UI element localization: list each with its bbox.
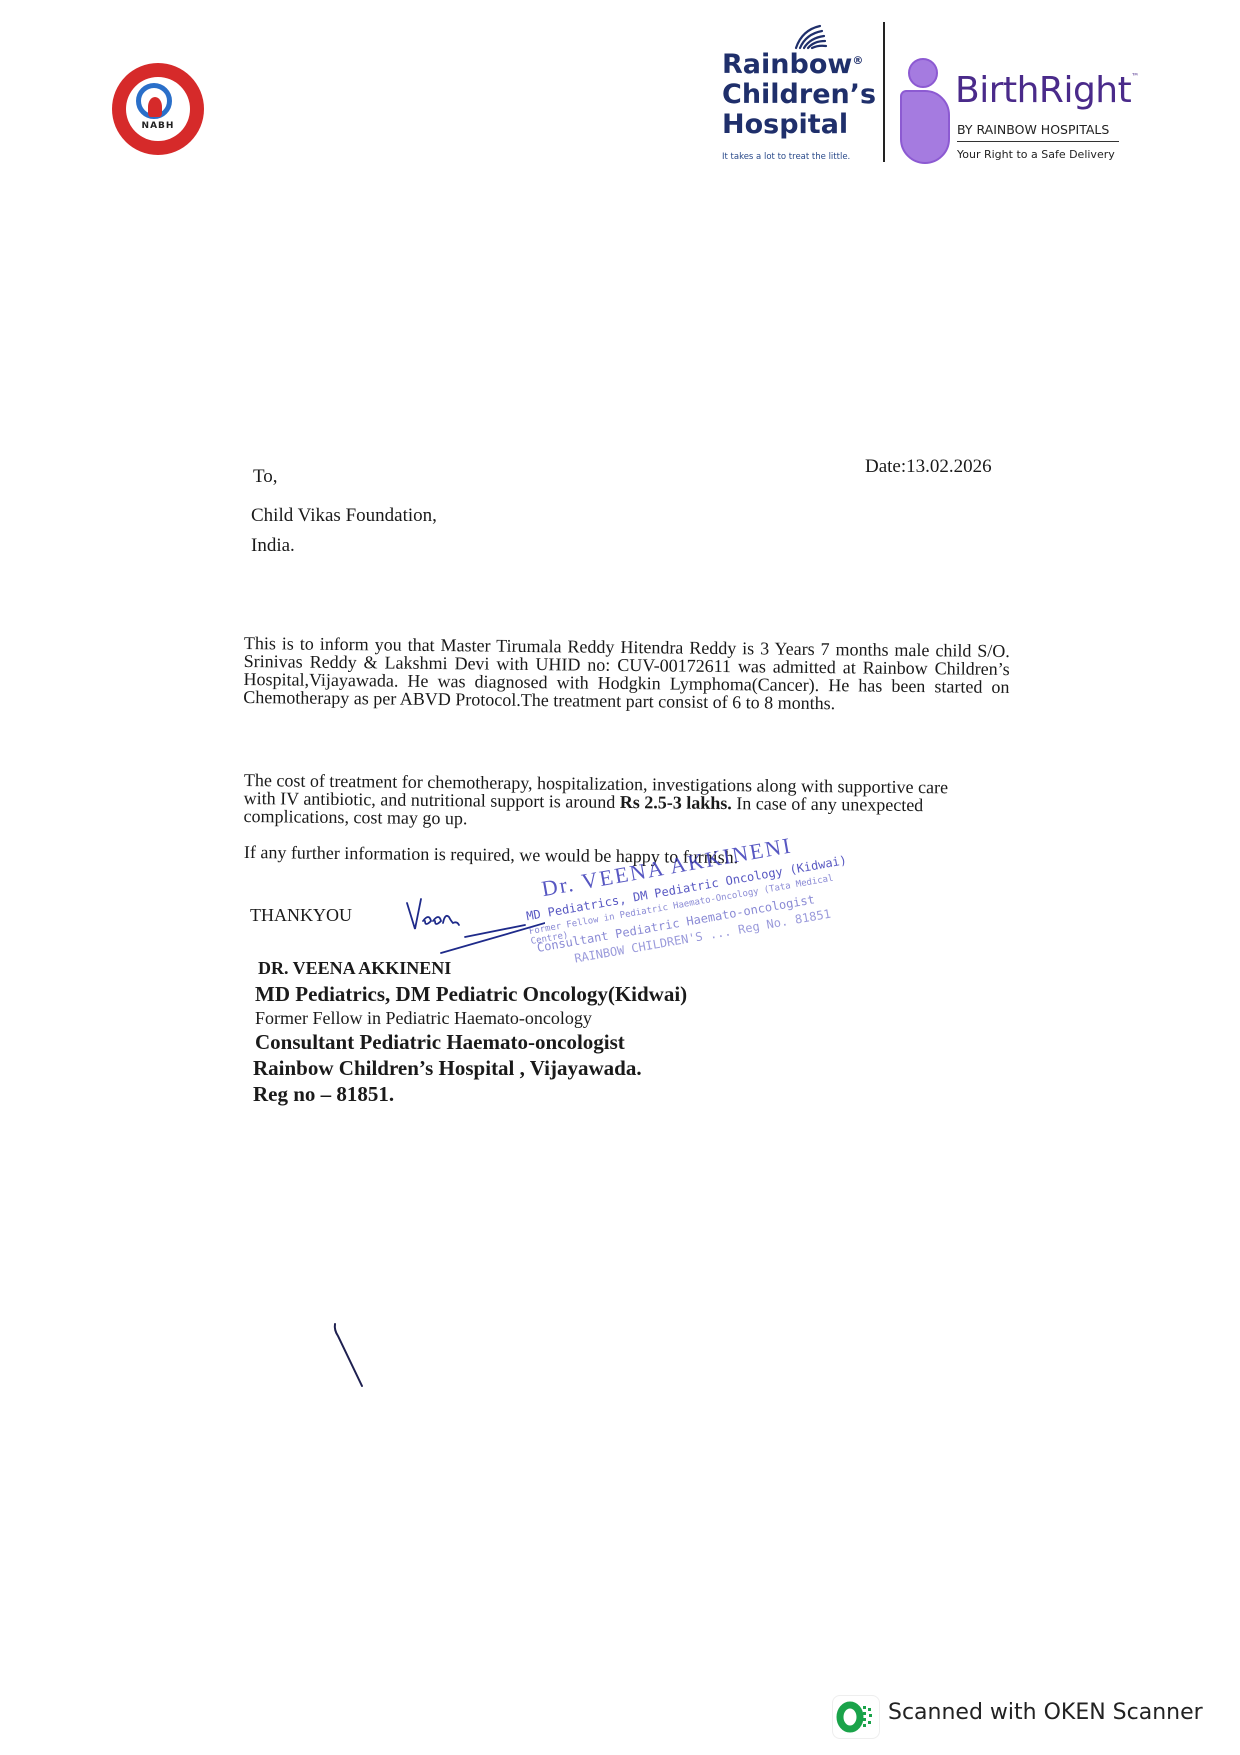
birthright-subtitle: BY RAINBOW HOSPITALS — [957, 122, 1109, 137]
logo-line1: Rainbow — [722, 49, 852, 80]
scanner-watermark: Scanned with OKEN Scanner — [888, 1700, 1203, 1725]
registered-mark: ® — [852, 54, 863, 67]
hospital-tagline: It takes a lot to treat the little. — [722, 152, 850, 162]
hospital-logo-text: Rainbow® Children’s Hospital — [722, 50, 876, 140]
rainbow-arc-icon — [790, 22, 830, 50]
birthright-title: BirthRight™ — [955, 70, 1139, 111]
logo-line3: Hospital — [722, 110, 876, 140]
birthright-title-text: BirthRight — [955, 70, 1131, 111]
nabh-accreditation-seal: NABH — [112, 63, 204, 155]
signatory-qualification: MD Pediatrics, DM Pediatric Oncology(Kid… — [255, 982, 687, 1007]
seal-inner: NABH — [126, 77, 190, 141]
birthright-body-icon — [900, 90, 950, 164]
closing-thankyou: THANKYOU — [250, 905, 352, 926]
signatory-role: Consultant Pediatric Haemato-oncologist — [255, 1030, 625, 1055]
birthright-rule — [957, 141, 1119, 142]
recipient-line: India. — [251, 535, 295, 557]
recipient-line: Child Vikas Foundation, — [251, 505, 437, 527]
signatory-name: DR. VEENA AKKINENI — [258, 958, 451, 979]
pen-mark — [330, 1320, 370, 1390]
cost-amount: Rs 2.5-3 lakhs. — [620, 792, 732, 813]
seal-text: NABH — [126, 121, 190, 131]
body-paragraph-cost: The cost of treatment for chemotherapy, … — [243, 771, 984, 833]
signatory-fellowship: Former Fellow in Pediatric Haemato-oncol… — [255, 1008, 592, 1029]
logo-line2: Children’s — [722, 80, 876, 110]
seal-flame-icon — [148, 97, 162, 117]
oken-glyph-icon — [833, 1696, 879, 1738]
logo-divider — [883, 22, 885, 162]
birthright-tagline: Your Right to a Safe Delivery — [957, 148, 1115, 161]
body-paragraph-diagnosis: This is to inform you that Master Tiruma… — [243, 634, 1010, 714]
birthright-head-icon — [908, 58, 938, 88]
oken-logo-icon — [832, 1695, 880, 1739]
trademark-mark: ™ — [1131, 72, 1139, 81]
salutation: To, — [253, 466, 278, 488]
signatory-hospital: Rainbow Children’s Hospital , Vijayawada… — [253, 1056, 642, 1081]
letter-date: Date:13.02.2026 — [865, 456, 992, 478]
signatory-registration: Reg no – 81851. — [253, 1082, 394, 1107]
